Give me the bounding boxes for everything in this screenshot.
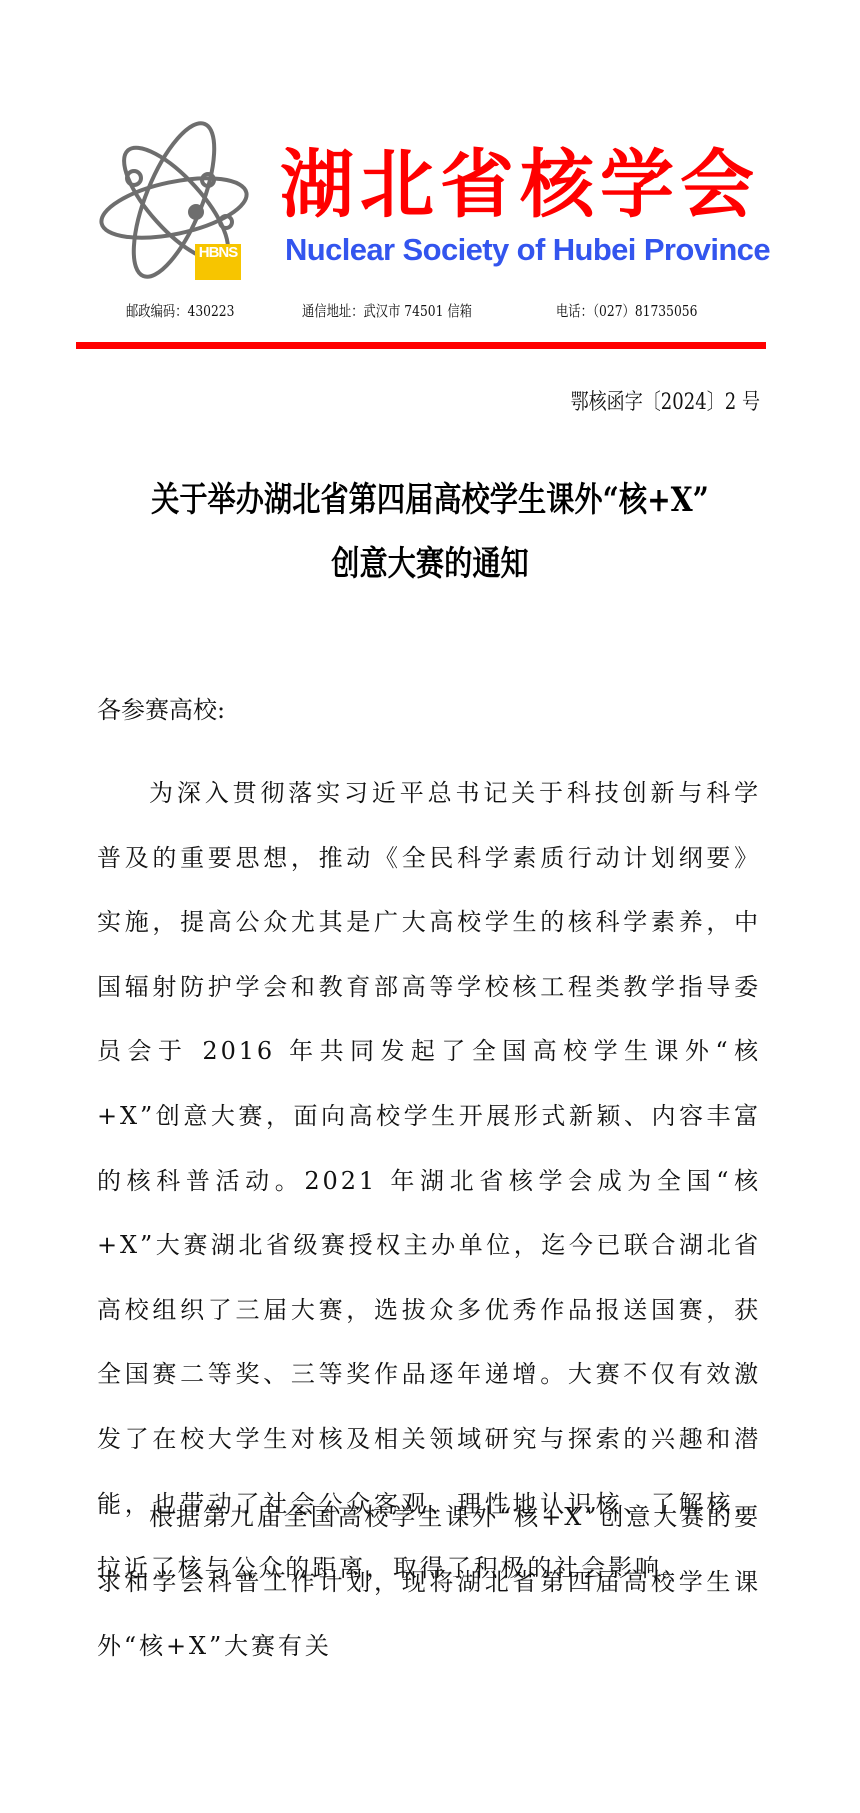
letterhead-divider [76,342,766,349]
contact-address: 通信地址：武汉市 74501 信箱 [302,298,472,324]
paragraph-1: 为深入贯彻落实习近平总书记关于科技创新与科学普及的重要思想，推动《全民科学素质行… [97,761,761,1601]
contact-phone: 电话：（027）81735056 [556,298,697,324]
org-name-english: Nuclear Society of Hubei Province [285,232,745,268]
document-title-line-2: 创意大赛的通知 [73,542,787,586]
hbns-badge: HBNS [195,244,241,280]
salutation: 各参赛高校: [97,690,761,730]
org-name-chinese: 湖北省核学会 [280,140,740,230]
document-page: HBNS 湖北省核学会 Nuclear Society of Hubei Pro… [0,0,860,1813]
paragraph-2: 根据第九届全国高校学生课外“核+X”创意大赛的要求和学会科普工作计划，现将湖北省… [97,1485,761,1679]
document-title-line-1: 关于举办湖北省第四届高校学生课外“核+X” [73,478,787,522]
contact-info: 邮政编码：430223 通信地址：武汉市 74501 信箱 电话：（027）81… [0,298,860,324]
document-number: 鄂核函字〔2024〕2 号 [571,388,760,418]
contact-postcode: 邮政编码：430223 [126,298,234,324]
